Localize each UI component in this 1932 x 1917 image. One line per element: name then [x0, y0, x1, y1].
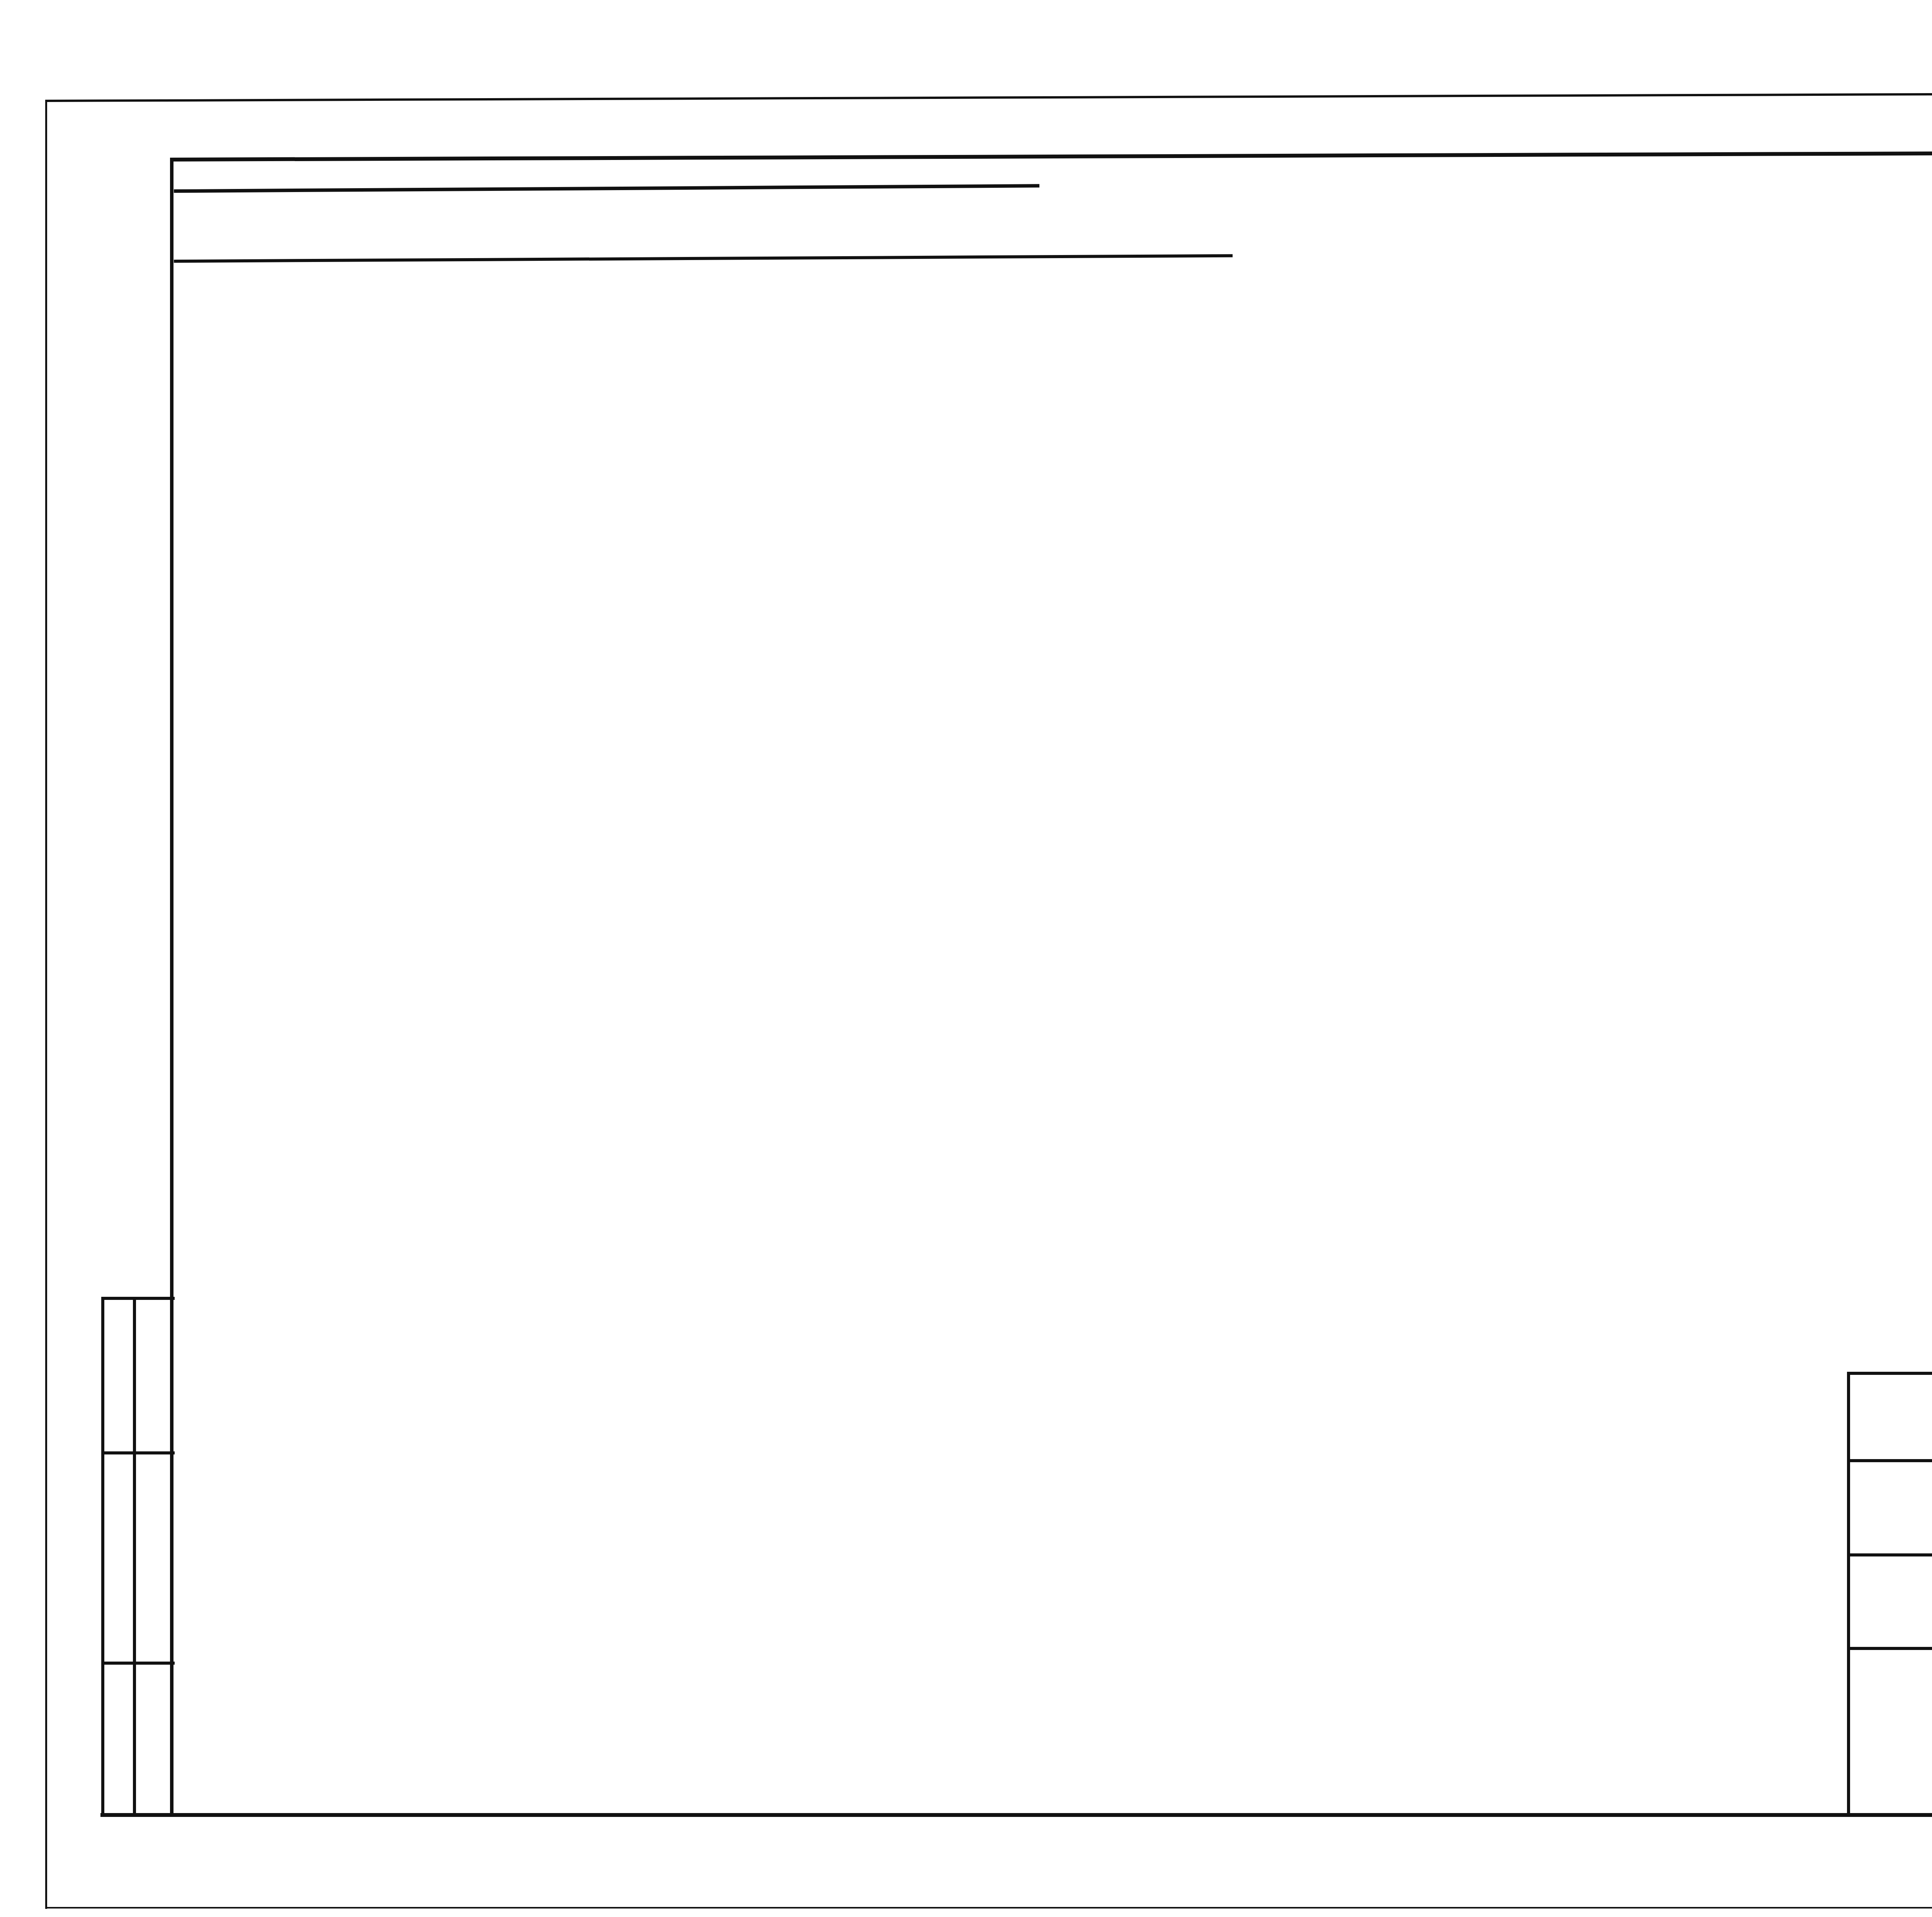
outer-frame-top: [45, 91, 1932, 102]
outer-frame-bottom: [45, 1907, 1932, 1908]
inner-frame-bottom: [100, 1813, 1932, 1817]
table-top-rule: [174, 184, 1039, 193]
table-header-rule: [174, 254, 1233, 263]
inner-frame-left: [170, 159, 173, 1817]
inner-frame-top: [170, 149, 1932, 162]
outer-frame-left: [45, 100, 47, 1909]
